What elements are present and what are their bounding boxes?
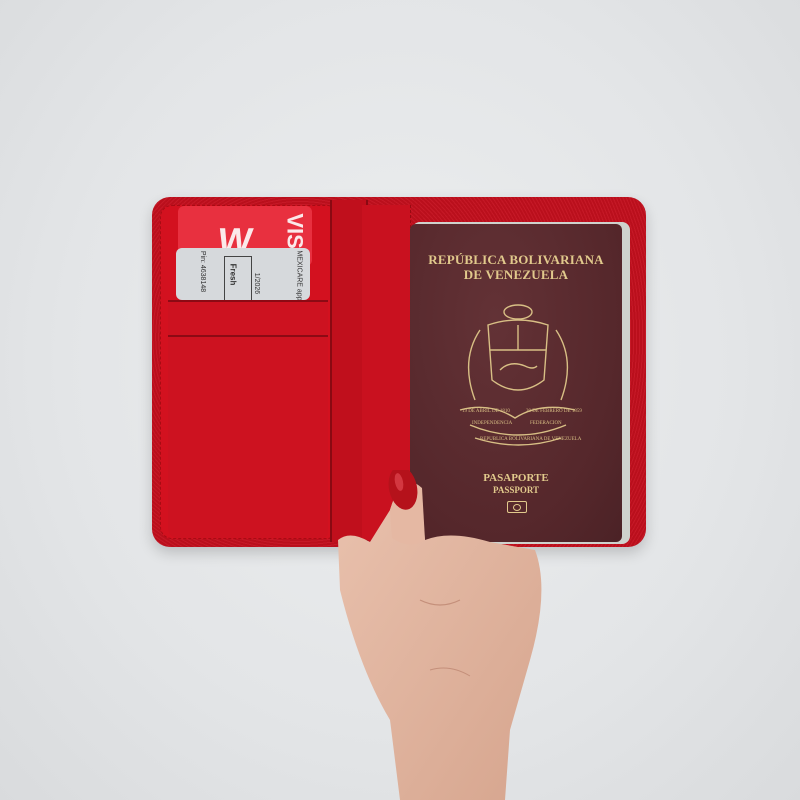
- svg-text:20 DE FEBRERO DE 1859: 20 DE FEBRERO DE 1859: [526, 409, 582, 414]
- passport-country: REPÚBLICA BOLIVARIANA DE VENEZUELA: [410, 252, 622, 282]
- svg-text:INDEPENDENCIA: INDEPENDENCIA: [472, 421, 513, 426]
- hand: [330, 470, 560, 800]
- svg-text:FEDERACION: FEDERACION: [530, 421, 562, 426]
- card-label: Fresh: [228, 264, 237, 286]
- country-line-1: REPÚBLICA BOLIVARIANA: [410, 252, 622, 267]
- svg-text:REPUBLICA BOLIVARIANA DE VENEZ: REPUBLICA BOLIVARIANA DE VENEZUELA: [480, 437, 582, 442]
- coat-of-arms-icon: 19 DE ABRIL DE 1810 20 DE FEBRERO DE 185…: [450, 300, 585, 450]
- svg-text:19 DE ABRIL DE 1810: 19 DE ABRIL DE 1810: [462, 409, 510, 414]
- pocket-seam: [168, 335, 328, 337]
- card-pin-text: Pin: 4638148: [199, 251, 206, 292]
- grey-card: Pin: 4638148 Fresh 1/2026 MEXICARE app: [176, 248, 310, 300]
- card-app: MEXICARE app: [296, 250, 303, 300]
- card-date: 1/2026: [253, 273, 260, 294]
- country-line-2: DE VENEZUELA: [410, 267, 622, 282]
